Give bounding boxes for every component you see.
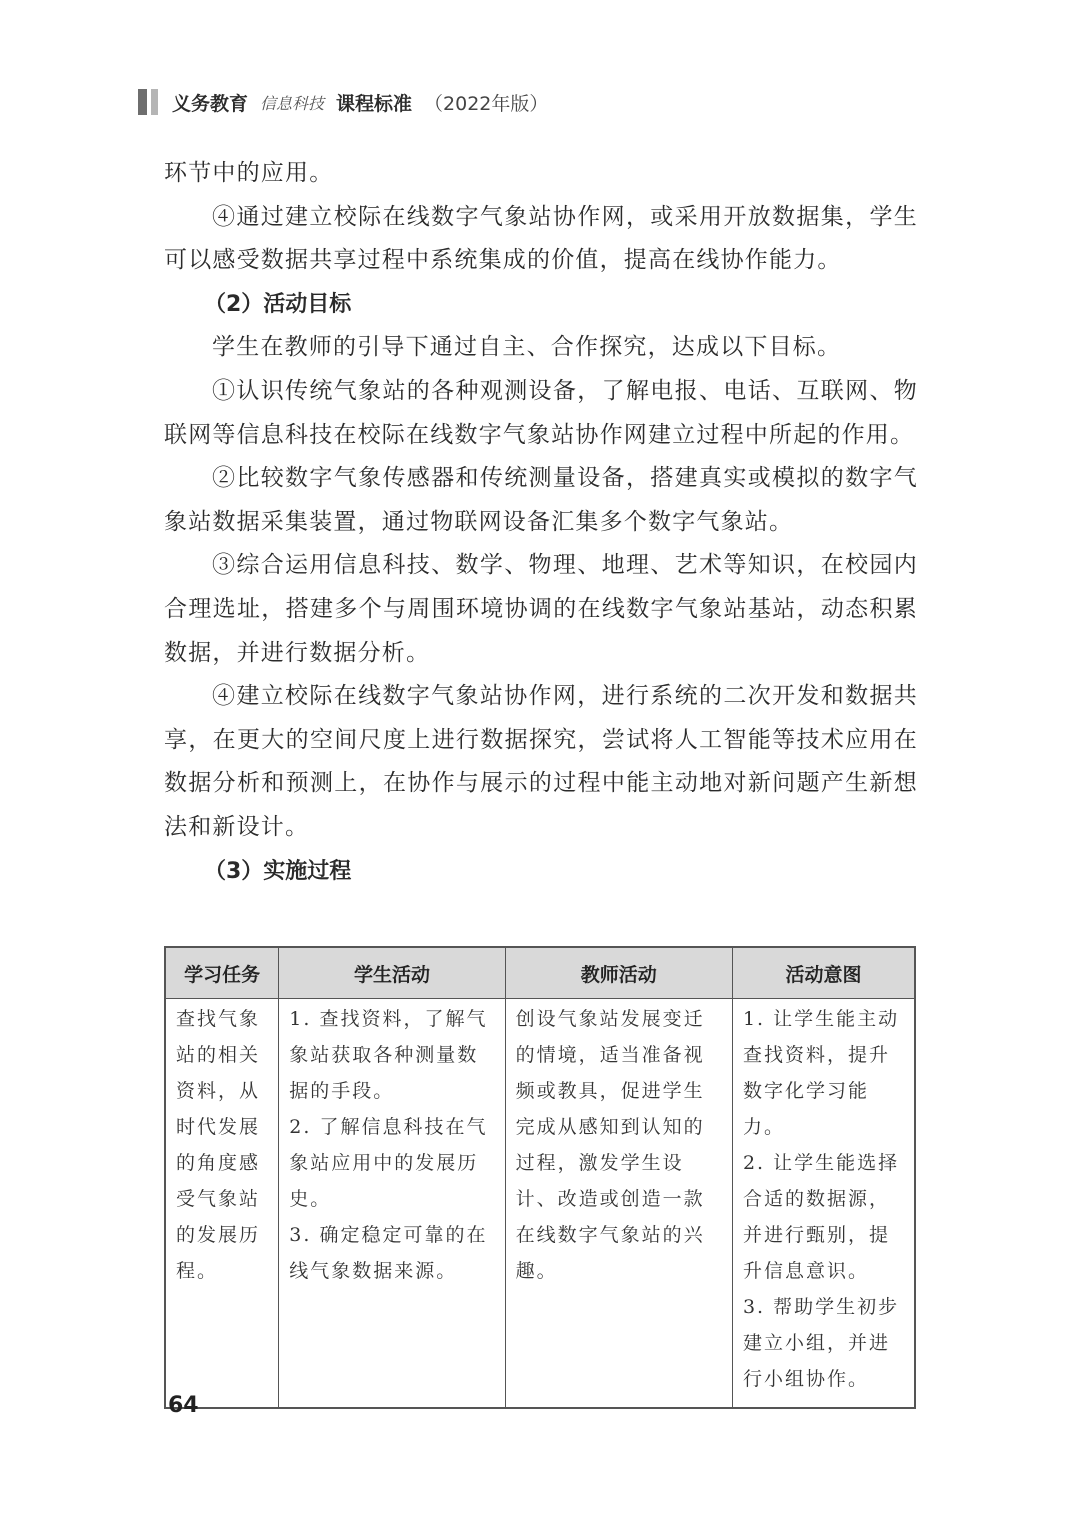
section-heading-goals: （2）活动目标 [164, 283, 918, 327]
header-bar-light [151, 89, 158, 115]
paragraph: 学生在教师的引导下通过自主、合作探究，达成以下目标。 [164, 326, 918, 370]
header-part3: 课程标准 [336, 89, 412, 116]
student-activity-item: 3. 确定稳定可靠的在线气象数据来源。 [289, 1217, 494, 1289]
goal-item: ②比较数字气象传感器和传统测量设备，搭建真实或模拟的数字气象站数据采集装置，通过… [164, 457, 918, 544]
paragraph: ④通过建立校际在线数字气象站协作网，或采用开放数据集，学生可以感受数据共享过程中… [164, 196, 918, 283]
paragraph: 环节中的应用。 [164, 152, 918, 196]
col-header-student: 学生活动 [279, 947, 505, 999]
table-row: 查找气象站的相关资料，从时代发展的角度感受气象站的发展历程。 1. 查找资料，了… [165, 999, 915, 1409]
page-number: 64 [168, 1393, 199, 1418]
table-header-row: 学习任务 学生活动 教师活动 活动意图 [165, 947, 915, 999]
intent-item: 3. 帮助学生初步建立小组，并进行小组协作。 [743, 1289, 904, 1397]
cell-teacher: 创设气象站发展变迁的情境，适当准备视频或教具，促进学生完成从感知到认知的过程，激… [505, 999, 732, 1409]
cell-student: 1. 查找资料，了解气象站获取各种测量数据的手段。 2. 了解信息科技在气象站应… [279, 999, 505, 1409]
header-part1: 义务教育 [172, 89, 248, 116]
goal-item: ③综合运用信息科技、数学、物理、地理、艺术等知识，在校园内合理选址，搭建多个与周… [164, 544, 918, 675]
cell-intent: 1. 让学生能主动查找资料，提升数字化学习能力。 2. 让学生能选择合适的数据源… [732, 999, 915, 1409]
header-bar-dark [138, 89, 147, 115]
goal-item: ④建立校际在线数字气象站协作网，进行系统的二次开发和数据共享，在更大的空间尺度上… [164, 675, 918, 849]
goal-item: ①认识传统气象站的各种观测设备，了解电报、电话、互联网、物联网等信息科技在校际在… [164, 370, 918, 457]
intent-item: 1. 让学生能主动查找资料，提升数字化学习能力。 [743, 1001, 904, 1145]
section-heading-process: （3）实施过程 [164, 850, 918, 894]
intent-item: 2. 让学生能选择合适的数据源，并进行甄别，提升信息意识。 [743, 1145, 904, 1289]
process-table: 学习任务 学生活动 教师活动 活动意图 查找气象站的相关资料，从时代发展的角度感… [164, 946, 916, 1409]
running-header: 义务教育 信息科技 课程标准 （2022年版） [138, 88, 548, 116]
col-header-intent: 活动意图 [732, 947, 915, 999]
col-header-task: 学习任务 [165, 947, 279, 999]
header-subject: 信息科技 [260, 91, 324, 114]
header-year: （2022年版） [424, 89, 548, 116]
cell-task: 查找气象站的相关资料，从时代发展的角度感受气象站的发展历程。 [165, 999, 279, 1409]
col-header-teacher: 教师活动 [505, 947, 732, 999]
body-content: 环节中的应用。 ④通过建立校际在线数字气象站协作网，或采用开放数据集，学生可以感… [164, 152, 918, 893]
student-activity-item: 2. 了解信息科技在气象站应用中的发展历史。 [289, 1109, 494, 1217]
student-activity-item: 1. 查找资料，了解气象站获取各种测量数据的手段。 [289, 1001, 494, 1109]
